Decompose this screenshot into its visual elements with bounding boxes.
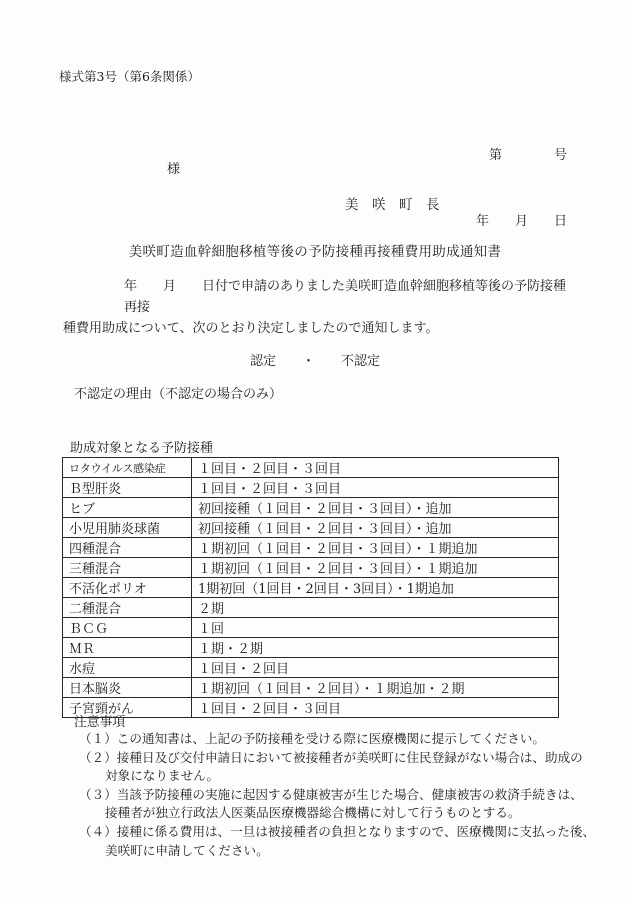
- document-number-line: 第 号: [476, 145, 567, 167]
- note-item: （２）接種日及び交付申請日において被接種者が美咲町に住民登録がない場合は、助成の…: [79, 749, 579, 786]
- doses-cell: １回目・２回目: [192, 658, 559, 678]
- doses-cell: １期初回（１回目・２回目・３回目）・１期追加: [192, 538, 559, 558]
- doses-cell: １回目・２回目・３回目: [192, 458, 559, 478]
- note-item: （４）接種に係る費用は、一旦は被接種者の負担となりますので、医療機関に支払った後…: [79, 823, 579, 860]
- notes-list: （１）この通知書は、上記の予防接種を受ける際に医療機関に提示してください。 （２…: [79, 730, 579, 860]
- body-line-1: 年 月 日付で申請のありました美咲町造血幹細胞移植等後の予防接種再接: [63, 276, 575, 318]
- table-row: Ｂ型肝炎 １回目・２回目・３回目: [63, 478, 559, 498]
- vaccine-name-cell: 水痘: [63, 658, 192, 678]
- note-item: （１）この通知書は、上記の予防接種を受ける際に医療機関に提示してください。: [79, 730, 579, 749]
- vaccine-name-cell: ＭＲ: [63, 638, 192, 658]
- vaccine-name-cell: 小児用肺炎球菌: [63, 518, 192, 538]
- doses-cell: 初回接種（１回目・２回目・３回目）・追加: [192, 498, 559, 518]
- table-row: 日本脳炎 １期初回（１回目・２回目）・１期追加・２期: [63, 678, 559, 698]
- table-row: 二種混合 ２期: [63, 598, 559, 618]
- doses-cell: 初回接種（１回目・２回目・３回目）・追加: [192, 518, 559, 538]
- addressee-suffix: 様: [167, 158, 180, 177]
- document-title: 美咲町造血幹細胞移植等後の予防接種再接種費用助成通知書: [0, 240, 630, 260]
- note-line: （１）この通知書は、上記の予防接種を受ける際に医療機関に提示してください。: [79, 730, 579, 749]
- denial-reason-label: 不認定の理由（不認定の場合のみ）: [74, 383, 282, 402]
- vaccine-name-cell: ＢＣＧ: [63, 618, 192, 638]
- table-row: 四種混合 １期初回（１回目・２回目・３回目）・１期追加: [63, 538, 559, 558]
- body-line-2: 種費用助成について、次のとおり決定しましたので通知します。: [63, 318, 575, 339]
- table-row: 三種混合 １期初回（１回目・２回目・３回目）・１期追加: [63, 558, 559, 578]
- form-number: 様式第3号（第6条関係）: [59, 67, 200, 85]
- table-row: 水痘 １回目・２回目: [63, 658, 559, 678]
- table-row: ＢＣＧ １回: [63, 618, 559, 638]
- vaccine-name-cell: ヒブ: [63, 498, 192, 518]
- table-row: ＭＲ １期・２期: [63, 638, 559, 658]
- table-row: ロタウイルス感染症 １回目・２回目・３回目: [63, 458, 559, 478]
- note-item: （３）当該予防接種の実施に起因する健康被害が生じた場合、健康被害の救済手続きは、…: [79, 786, 579, 823]
- vaccine-name-cell: 二種混合: [63, 598, 192, 618]
- table-row: 子宮頸がん １回目・２回目・３回目: [63, 698, 559, 718]
- table-row: ヒブ 初回接種（１回目・２回目・３回目）・追加: [63, 498, 559, 518]
- doses-cell: 1期初回（1回目・2回目・3回目）・1期追加: [192, 578, 559, 598]
- doses-cell: ２期: [192, 598, 559, 618]
- vaccine-name-cell: 三種混合: [63, 558, 192, 578]
- document-page: 様式第3号（第6条関係） 第 号 年 月 日 様 美 咲 町 長 美咲町造血幹細…: [0, 0, 630, 903]
- doses-cell: １回目・２回目・３回目: [192, 698, 559, 718]
- doses-cell: １期初回（１回目・２回目）・１期追加・２期: [192, 678, 559, 698]
- vaccine-name-cell: 日本脳炎: [63, 678, 192, 698]
- note-line: （２）接種日及び交付申請日において被接種者が美咲町に住民登録がない場合は、助成の: [79, 749, 579, 768]
- note-line: （４）接種に係る費用は、一旦は被接種者の負担となりますので、医療機関に支払った後…: [79, 823, 579, 842]
- doses-cell: １回目・２回目・３回目: [192, 478, 559, 498]
- notes-title: 注意事項: [74, 711, 125, 730]
- table-caption: 助成対象となる予防接種: [70, 437, 213, 456]
- vaccine-name-cell: Ｂ型肝炎: [63, 478, 192, 498]
- table-row: 不活化ポリオ 1期初回（1回目・2回目・3回目）・1期追加: [63, 578, 559, 598]
- vaccine-table: ロタウイルス感染症 １回目・２回目・３回目 Ｂ型肝炎 １回目・２回目・３回目 ヒ…: [62, 457, 559, 718]
- note-line: （３）当該予防接種の実施に起因する健康被害が生じた場合、健康被害の救済手続きは、: [79, 786, 579, 805]
- note-continuation-line: 美咲町に申請してください。: [79, 842, 579, 861]
- table-row: 小児用肺炎球菌 初回接種（１回目・２回目・３回目）・追加: [63, 518, 559, 538]
- vaccine-name-cell: 不活化ポリオ: [63, 578, 192, 598]
- note-continuation-line: 対象になりません。: [79, 767, 579, 786]
- date-line: 年 月 日: [476, 211, 567, 233]
- doses-cell: １期初回（１回目・２回目・３回目）・１期追加: [192, 558, 559, 578]
- doses-cell: １期・２期: [192, 638, 559, 658]
- decision-options: 認定 ・ 不認定: [0, 350, 630, 369]
- note-continuation-line: 接種者が独立行政法人医薬品医療機器総合機構に対して行うものとする。: [79, 804, 579, 823]
- vaccine-name-cell: 四種混合: [63, 538, 192, 558]
- sender-line: 美 咲 町 長: [345, 193, 440, 213]
- body-paragraph: 年 月 日付で申請のありました美咲町造血幹細胞移植等後の予防接種再接 種費用助成…: [63, 276, 575, 339]
- doses-cell: １回: [192, 618, 559, 638]
- vaccine-name-cell: ロタウイルス感染症: [63, 458, 192, 478]
